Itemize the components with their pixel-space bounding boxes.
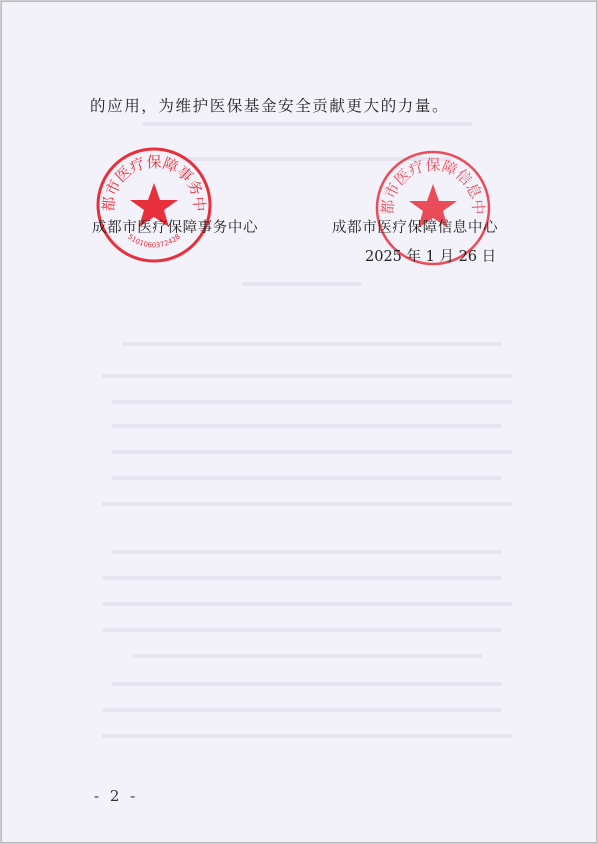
issue-date: 2025 年 1 月 26 日 [365,245,496,266]
seal-affairs-center: 成都市医疗保障事务中心 5101060372428 [94,145,214,265]
closing-paragraph: 的应用，为维护医保基金安全贡献更大的力量。 [90,94,449,116]
page-number: - 2 - [94,787,138,805]
signatory-information-center: 成都市医疗保障信息中心 [332,216,498,237]
document-page: 的应用，为维护医保基金安全贡献更大的力量。 成都市医疗保障事务中心 510106… [1,1,597,843]
signatory-affairs-center: 成都市医疗保障事务中心 [92,216,258,237]
